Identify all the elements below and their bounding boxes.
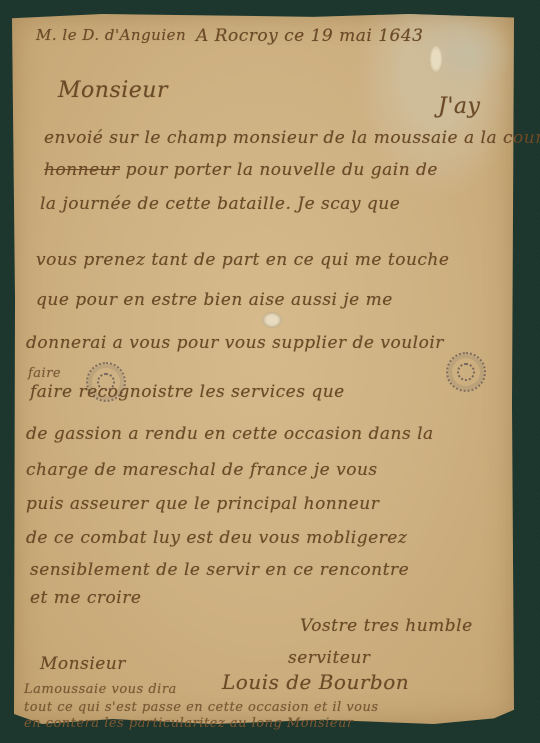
body-line-6: donnerai a vous pour vous supplier de vo… [26,333,444,353]
closing-line-1: Vostre tres humble [300,616,473,636]
body-line-7: faire recognoistre les services que [30,382,345,402]
body-line-5: que pour en estre bien aise aussi je me [36,290,393,310]
body-line-10: puis asseurer que le principal honneur [26,494,379,514]
body-line-9: charge de mareschal de france je vous [26,460,378,480]
library-stamp-right-icon [446,352,486,392]
body-line-8: de gassion a rendu en cette occasion dan… [26,424,434,444]
signature: Louis de Bourbon [222,670,409,694]
postscript-salutation: Monsieur [40,654,126,674]
body-line-1: envoié sur le champ monsieur de la mouss… [44,128,540,148]
body-line-11: de ce combat luy est deu vous mobligerez [26,528,407,548]
postscript-line-2: tout ce qui s'est passe en cette occasio… [24,700,379,715]
salutation: Monsieur [58,78,168,103]
body-line-13: et me croire [30,588,141,608]
struck-word: honneur [44,160,120,180]
body-line-4: vous prenez tant de part en ce qui me to… [36,250,449,270]
postscript-line-3: en contera les particularitez au long Mo… [24,716,354,731]
closing-line-2: serviteur [288,648,370,668]
addressee-note: M. le D. d'Anguien [36,26,186,44]
margin-word: J'ay [438,94,480,119]
body-line-2-text: pour porter la nouvelle du gain de [126,160,438,180]
body-line-3: la journée de cette bataille. Je scay qu… [40,194,400,214]
place-date: A Rocroy ce 19 mai 1643 [196,26,424,46]
body-line-12: sensiblement de le servir en ce rencontr… [30,560,409,580]
body-line-2: honneur pour porter la nouvelle du gain … [44,160,438,180]
margin-note: faire [28,366,61,381]
postscript-line-1: Lamoussaie vous dira [24,682,177,697]
